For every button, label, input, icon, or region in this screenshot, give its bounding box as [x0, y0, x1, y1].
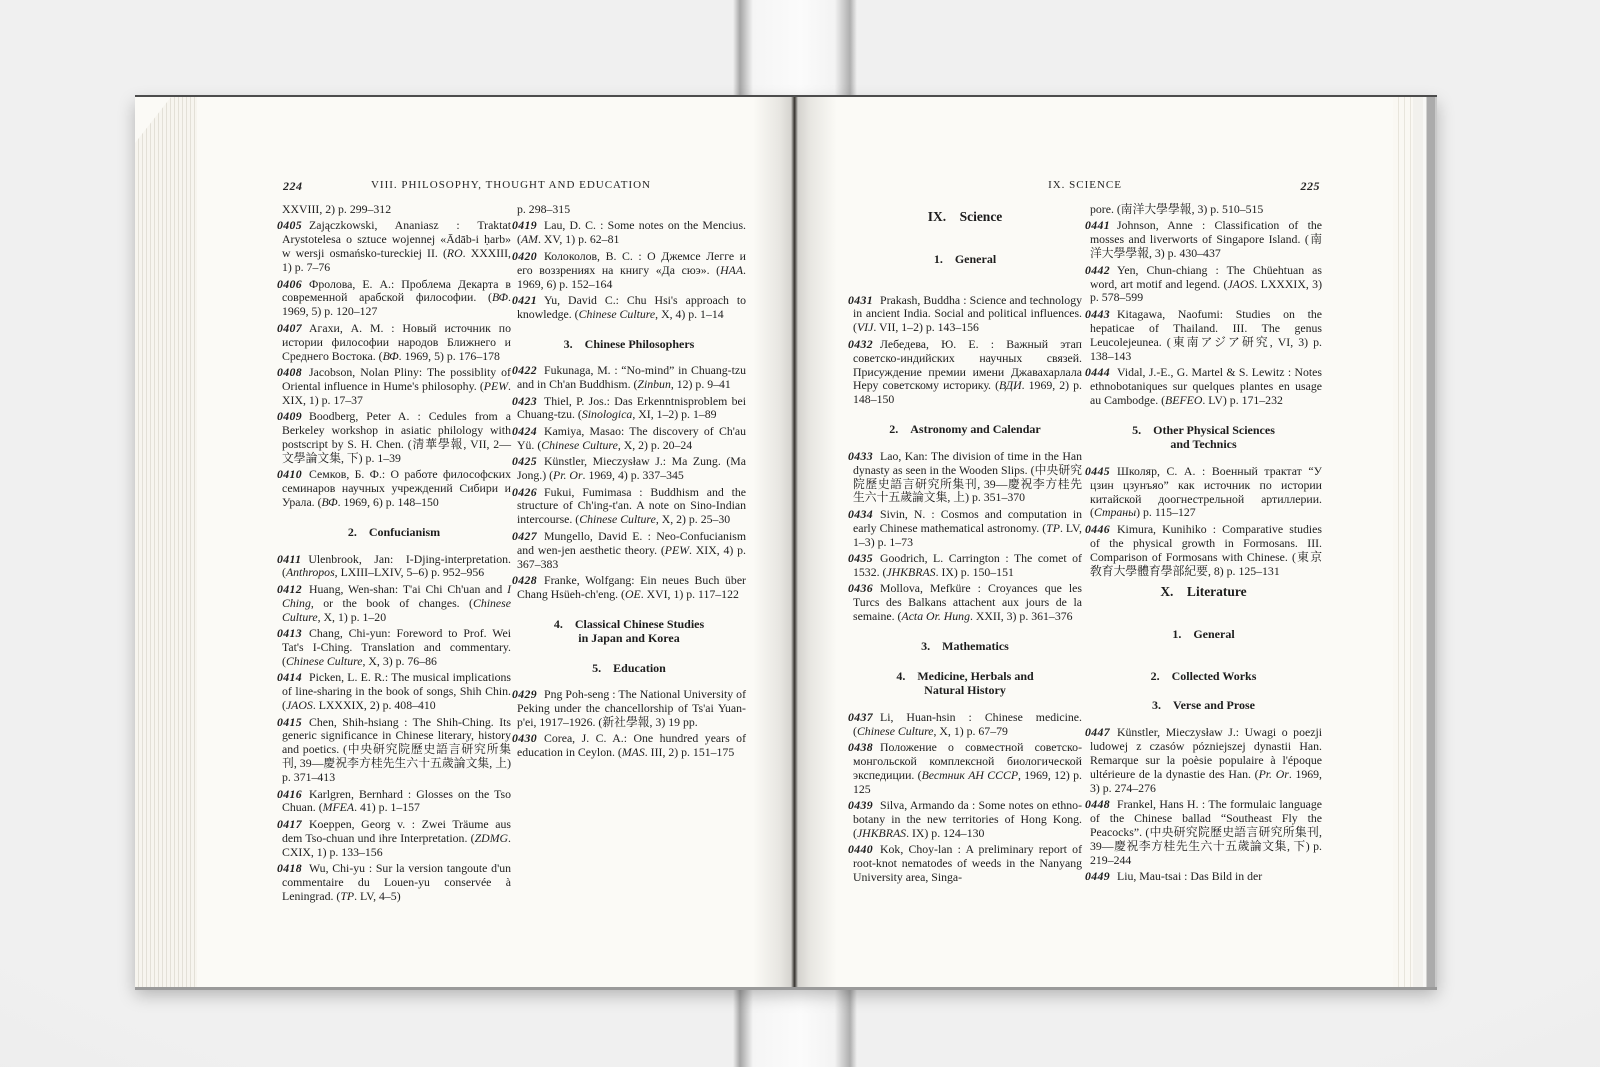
chapter-heading: IX. Science [848, 209, 1082, 225]
entry-continuation: XXVIII, 2) p. 299–312 [277, 203, 511, 217]
bibliography-entry: 0415Chen, Shih-hsiang : The Shih-Ching. … [277, 716, 511, 786]
entry-number: 0433 [848, 449, 873, 463]
bibliography-entry: 0417Koeppen, Georg v. : Zwei Träume aus … [277, 818, 511, 860]
entry-number: 0413 [277, 626, 302, 640]
bibliography-entry: 0418Wu, Chi-yu : Sur la version tangoute… [277, 862, 511, 904]
bibliography-entry: 0411Ulenbrook, Jan: I-Djing-interpretati… [277, 553, 511, 581]
bibliography-entry: 0432Лебедева, Ю. Е. : Важный этап советс… [848, 338, 1082, 408]
entry-number: 0442 [1085, 263, 1110, 277]
entry-number: 0419 [512, 218, 537, 232]
section-heading: 2. Astronomy and Calendar [848, 422, 1082, 437]
bibliography-entry: 0421Yu, David C.: Chu Hsi's approach to … [512, 294, 746, 322]
entry-number: 0410 [277, 467, 302, 481]
entry-number: 0440 [848, 842, 873, 856]
bibliography-entry: 0430Corea, J. C. A.: One hundred years o… [512, 732, 746, 760]
bibliography-entry: 0440Kok, Choy-lan : A preliminary report… [848, 843, 1082, 885]
entry-number: 0448 [1085, 797, 1110, 811]
entry-number: 0431 [848, 293, 873, 307]
entry-number: 0422 [512, 363, 537, 377]
bibliography-entry: 0424Kamiya, Masao: The discovery of Ch'a… [512, 425, 746, 453]
right-page-edge-stack [1393, 97, 1437, 987]
page-number-right: 225 [1301, 179, 1320, 194]
entry-number: 0439 [848, 798, 873, 812]
bibliography-entry: 0435Goodrich, L. Carrington : The comet … [848, 552, 1082, 580]
bibliography-entry: 0413Chang, Chi-yun: Foreword to Prof. We… [277, 627, 511, 669]
bibliography-entry: 0433Lao, Kan: The division of time in th… [848, 450, 1082, 506]
entry-number: 0425 [512, 454, 537, 468]
bibliography-entry: 0446Kimura, Kunihiko : Comparative studi… [1085, 523, 1322, 579]
gutter-line [791, 97, 798, 987]
entry-number: 0436 [848, 581, 873, 595]
entry-number: 0441 [1085, 218, 1110, 232]
section-heading: 3. Chinese Philosophers [512, 337, 746, 352]
entry-number: 0423 [512, 394, 537, 408]
open-book: 224 VIII. PHILOSOPHY, THOUGHT AND EDUCAT… [135, 95, 1437, 987]
entry-number: 0438 [848, 740, 873, 754]
bibliography-entry: 0420Колоколов, В. С. : О Джемсе Легге и … [512, 250, 746, 292]
right-page-column-1: IX. Science1. General0431Prakash, Buddha… [848, 203, 1082, 1003]
section-heading: 5. Other Physical Sciencesand Technics [1085, 423, 1322, 452]
section-heading: 1. General [1085, 627, 1322, 642]
bibliography-entry: 0414Picken, L. E. R.: The musical implic… [277, 671, 511, 713]
entry-number: 0432 [848, 337, 873, 351]
left-page-column-1: XXVIII, 2) p. 299–3120405Zajączkowski, A… [277, 203, 511, 1003]
entry-number: 0420 [512, 249, 537, 263]
entry-number: 0446 [1085, 522, 1110, 536]
section-heading: 2. Confucianism [277, 525, 511, 540]
entry-number: 0407 [277, 321, 302, 335]
entry-number: 0405 [277, 218, 302, 232]
entry-number: 0430 [512, 731, 537, 745]
bibliography-entry: 0426Fukui, Fumimasa : Buddhism and the s… [512, 486, 746, 528]
bibliography-entry: 0436Mollova, Mefküre : Croyances que les… [848, 582, 1082, 624]
entry-number: 0443 [1085, 307, 1110, 321]
bibliography-entry: 0409Boodberg, Peter A. : Cedules from a … [277, 410, 511, 466]
entry-number: 0406 [277, 277, 302, 291]
bibliography-entry: 0438Положение о совместной советско-монг… [848, 741, 1082, 797]
entry-number: 0418 [277, 861, 302, 875]
bibliography-entry: 0412Huang, Wen-shan: T'ai Chi Ch'uan and… [277, 583, 511, 625]
bibliography-entry: 0444Vidal, J.-E., G. Martel & S. Lewitz … [1085, 366, 1322, 408]
bibliography-entry: 0445Школяр, С. А. : Военный трактат “У ц… [1085, 465, 1322, 521]
entry-number: 0437 [848, 710, 873, 724]
bibliography-entry: 0410Семков, Б. Ф.: О работе философских … [277, 468, 511, 510]
entry-number: 0417 [277, 817, 302, 831]
chapter-heading: X. Literature [1085, 584, 1322, 600]
bibliography-entry: 0429Png Poh-seng : The National Universi… [512, 688, 746, 730]
entry-number: 0409 [277, 409, 302, 423]
left-page-column-2: p. 298–3150419Lau, D. C. : Some notes on… [512, 203, 746, 1003]
bibliography-entry: 0428Franke, Wolfgang: Ein neues Buch übe… [512, 574, 746, 602]
bibliography-entry: 0442Yen, Chun-chiang : The Chüehtuan as … [1085, 264, 1322, 306]
section-heading: 4. Medicine, Herbals andNatural History [848, 669, 1082, 698]
entry-continuation: pore. (南洋大學學報, 3) p. 510–515 [1085, 203, 1322, 217]
bibliography-entry: 0419Lau, D. C. : Some notes on the Menci… [512, 219, 746, 247]
entry-number: 0421 [512, 293, 537, 307]
bibliography-entry: 0425Künstler, Mieczysław J.: Ma Zung. (M… [512, 455, 746, 483]
bibliography-entry: 0447Künstler, Mieczysław J.: Uwagi o poe… [1085, 726, 1322, 796]
entry-number: 0411 [277, 552, 301, 566]
bibliography-entry: 0443Kitagawa, Naofumi: Studies on the he… [1085, 308, 1322, 364]
entry-number: 0427 [512, 529, 537, 543]
section-heading: 4. Classical Chinese Studiesin Japan and… [512, 617, 746, 646]
bibliography-entry: 0434Sivin, N. : Cosmos and computation i… [848, 508, 1082, 550]
section-heading: 1. General [848, 252, 1082, 267]
entry-number: 0414 [277, 670, 302, 684]
bibliography-entry: 0405Zajączkowski, Ananiasz : Traktat Ary… [277, 219, 511, 275]
entry-number: 0408 [277, 365, 302, 379]
section-heading: 2. Collected Works [1085, 669, 1322, 684]
bibliography-entry: 0407Агахи, А. М. : Новый источник по ист… [277, 322, 511, 364]
bibliography-entry: 0423Thiel, P. Jos.: Das Erkenntnisproble… [512, 395, 746, 423]
bibliography-entry: 0439Silva, Armando da : Some notes on et… [848, 799, 1082, 841]
entry-number: 0434 [848, 507, 873, 521]
bibliography-entry: 0406Фролова, Е. А.: Проблема Декарта в с… [277, 278, 511, 320]
section-heading: 3. Verse and Prose [1085, 698, 1322, 713]
section-heading: 3. Mathematics [848, 639, 1082, 654]
right-page-header: IX. SCIENCE 225 [848, 179, 1322, 197]
running-head-right: IX. SCIENCE [848, 179, 1322, 191]
entry-continuation: p. 298–315 [512, 203, 746, 217]
bibliography-entry: 0416Karlgren, Bernhard : Glosses on the … [277, 788, 511, 816]
entry-number: 0429 [512, 687, 537, 701]
entry-number: 0445 [1085, 464, 1110, 478]
right-page-column-2: pore. (南洋大學學報, 3) p. 510–5150441Johnson,… [1085, 203, 1322, 1003]
entry-number: 0426 [512, 485, 537, 499]
bibliography-entry: 0448Frankel, Hans H. : The formulaic lan… [1085, 798, 1322, 868]
entry-number: 0415 [277, 715, 302, 729]
entry-number: 0449 [1085, 869, 1110, 883]
entry-number: 0447 [1085, 725, 1110, 739]
bibliography-entry: 0427Mungello, David E. : Neo-Confucianis… [512, 530, 746, 572]
entry-number: 0424 [512, 424, 537, 438]
bibliography-entry: 0441Johnson, Anne : Classification of th… [1085, 219, 1322, 261]
running-head-left: VIII. PHILOSOPHY, THOUGHT AND EDUCATION [277, 179, 745, 191]
left-page-edge-stack [135, 97, 197, 987]
entry-number: 0428 [512, 573, 537, 587]
left-page-header: 224 VIII. PHILOSOPHY, THOUGHT AND EDUCAT… [277, 179, 745, 197]
entry-number: 0412 [277, 582, 302, 596]
bibliography-entry: 0422Fukunaga, M. : “No-mind” in Chuang-t… [512, 364, 746, 392]
bibliography-entry: 0408Jacobson, Nolan Pliny: The possiblit… [277, 366, 511, 408]
bibliography-entry: 0431Prakash, Buddha : Science and techno… [848, 294, 1082, 336]
section-heading: 5. Education [512, 661, 746, 676]
bibliography-entry: 0437Li, Huan-hsin : Chinese medicine. (C… [848, 711, 1082, 739]
entry-number: 0444 [1085, 365, 1110, 379]
entry-number: 0435 [848, 551, 873, 565]
entry-number: 0416 [277, 787, 302, 801]
bibliography-entry: 0449Liu, Mau-tsai : Das Bild in der [1085, 870, 1322, 884]
